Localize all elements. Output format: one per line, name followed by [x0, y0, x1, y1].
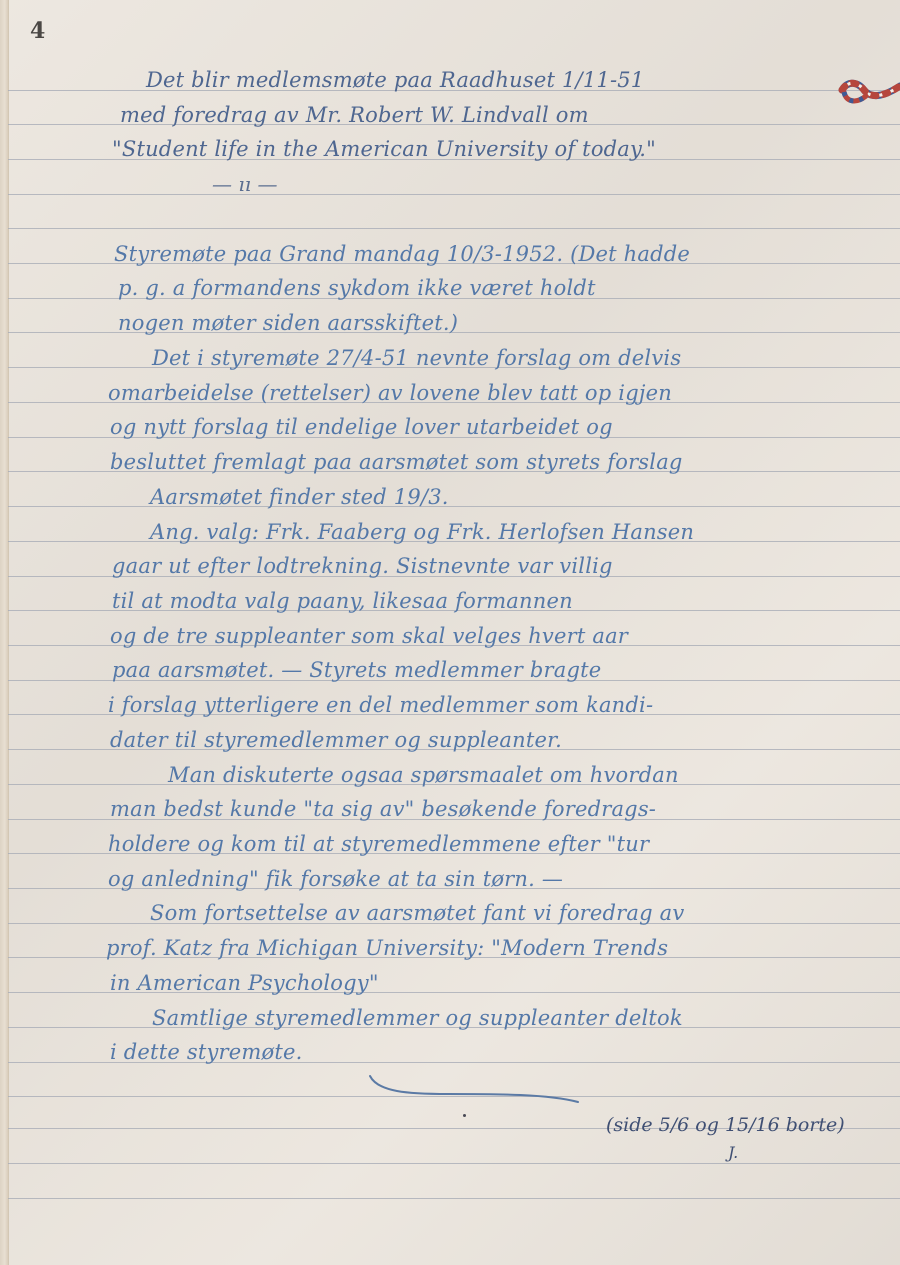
entry1-line-2: med foredrag av Mr. Robert W. Lindvall o…	[120, 103, 589, 127]
binding-edge	[0, 0, 9, 1265]
entry2-line-15: dater til styremedlemmer og suppleanter.	[110, 728, 562, 752]
entry2-line-2: p. g. a formandens sykdom ikke været hol…	[118, 276, 596, 300]
ruled-line	[8, 194, 900, 195]
entry2-line-13: paa aarsmøtet. — Styrets medlemmer bragt…	[112, 658, 601, 682]
ruled-line	[8, 1163, 900, 1164]
closing-flourish	[368, 1072, 588, 1112]
ruled-line	[8, 1198, 900, 1199]
entry1-line-3: "Student life in the American University…	[112, 137, 656, 161]
entry2-line-20: Som fortsettelse av aarsmøtet fant vi fo…	[150, 901, 684, 925]
entry2-line-22: in American Psychology"	[110, 971, 379, 995]
footnote-initial: J.	[728, 1143, 738, 1162]
entry1-line-1: Det blir medlemsmøte paa Raadhuset 1/11-…	[146, 68, 644, 92]
entry2-line-17: man bedst kunde "ta sig av" besøkende fo…	[110, 797, 656, 821]
page-number: 4	[30, 18, 45, 44]
ruled-line	[8, 228, 900, 229]
section-separator: — ıı —	[212, 172, 278, 196]
entry2-line-18: holdere og kom til at styremedlemmene ef…	[108, 832, 649, 856]
entry2-line-10: gaar ut efter lodtrekning. Sistnevnte va…	[112, 554, 613, 578]
entry2-line-23: Samtlige styremedlemmer og suppleanter d…	[152, 1006, 683, 1030]
entry2-line-19: og anledning" fik forsøke at ta sin tørn…	[108, 867, 563, 891]
entry2-line-7: besluttet fremlagt paa aarsmøtet som sty…	[110, 450, 683, 474]
entry2-line-12: og de tre suppleanter som skal velges hv…	[110, 624, 628, 648]
entry2-line-4: Det i styremøte 27/4-51 nevnte forslag o…	[152, 346, 681, 370]
entry2-line-1: Styremøte paa Grand mandag 10/3-1952. (D…	[114, 242, 690, 266]
entry2-line-16: Man diskuterte ogsaa spørsmaalet om hvor…	[168, 763, 679, 787]
entry2-line-21: prof. Katz fra Michigan University: "Mod…	[106, 936, 668, 960]
bookmark-thread-icon	[838, 78, 900, 114]
entry2-line-9: Ang. valg: Frk. Faaberg og Frk. Herlofse…	[150, 520, 694, 544]
entry2-line-3: nogen møter siden aarsskiftet.)	[118, 311, 458, 335]
entry2-line-24: i dette styremøte.	[110, 1040, 303, 1064]
entry2-line-8: Aarsmøtet finder sted 19/3.	[150, 485, 449, 509]
footnote-missing-pages: (side 5/6 og 15/16 borte)	[606, 1114, 845, 1136]
entry2-line-5: omarbeidelse (rettelser) av lovene blev …	[108, 381, 672, 405]
entry2-line-11: til at modta valg paany, likesaa formann…	[112, 589, 573, 613]
entry2-line-6: og nytt forslag til endelige lover utarb…	[110, 415, 613, 439]
ruled-line	[8, 506, 900, 507]
entry2-line-14: i forslag ytterligere en del medlemmer s…	[108, 693, 653, 717]
notebook-page: 4 Det blir medlemsmøte paa Raadhuset 1/1…	[0, 0, 900, 1265]
ink-dot	[463, 1114, 466, 1117]
